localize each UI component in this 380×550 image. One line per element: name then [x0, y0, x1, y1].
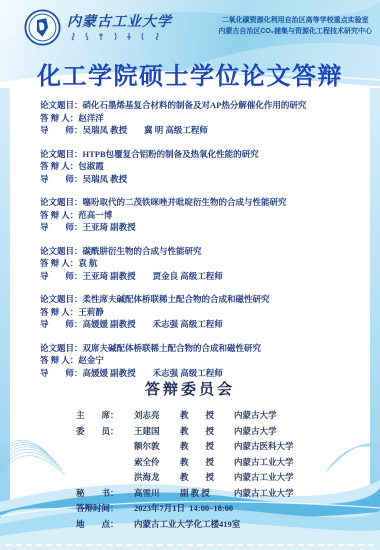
thesis-entry: 论文题目：碳酰肼衍生物的合成与性能研究 答 辩 人：袁 航 导 师：王亚琦 副教…	[40, 245, 368, 283]
lab-line-1: 二氧化碳资源化利用自治区高等学校重点实验室	[218, 15, 372, 26]
member-name: 索全伶	[134, 455, 180, 471]
supervisor-label: 导 师：	[40, 222, 83, 232]
supervisor-label: 导 师：	[40, 368, 83, 378]
committee-rows: 主 席： 刘志亮 教 授 内蒙古大学 委 员： 王建国 教 授 内蒙古大学 额尔…	[0, 408, 380, 532]
thesis-title: 噻吩取代的二茂铁咪唑并吡啶衍生物的合成与性能研究	[83, 197, 287, 207]
thesis-entry: 论文题目：HTPB包覆复合铝粉的制备及热氧化性能的研究 答 辩 人：包淑霞 导 …	[40, 148, 368, 186]
thesis-entry: 论文题目：噻吩取代的二茂铁咪唑并吡啶衍生物的合成与性能研究 答 辩 人：范高一博…	[40, 196, 368, 234]
thesis-entry: 论文题目：硝化石墨烯基复合材料的制备及对AP热分解催化作用的研究 答 辩 人：赵…	[40, 99, 368, 137]
supervisor-label: 导 师：	[40, 271, 83, 281]
defense-place-row: 地 点： 内蒙古工业大学化工楼419室	[76, 517, 380, 533]
candidate-name: 包淑霞	[78, 161, 104, 171]
supervisor-label: 导 师：	[40, 174, 83, 184]
member-name: 高雪川	[134, 486, 180, 502]
candidate-name: 王莉静	[78, 307, 104, 317]
thesis-title-label: 论文题目：	[40, 343, 83, 353]
member-title: 副 教 授	[180, 486, 234, 502]
member-name: 刘志亮	[134, 408, 180, 424]
candidate-name: 赵洋洋	[78, 113, 104, 123]
member-title: 教 授	[180, 439, 234, 455]
member-role: 主 席：	[76, 408, 134, 424]
university-seal-icon	[24, 9, 61, 46]
thesis-title-label: 论文题目：	[40, 246, 83, 256]
candidate-label: 答 辩 人：	[40, 355, 78, 365]
candidate-label: 答 辩 人：	[40, 113, 78, 123]
thesis-list: 论文题目：硝化石墨烯基复合材料的制备及对AP热分解催化作用的研究 答 辩 人：赵…	[40, 99, 368, 390]
supervisor-names: 王亚琦 副教授 贾金良 高级工程师	[83, 271, 223, 281]
candidate-label: 答 辩 人：	[40, 258, 78, 268]
thesis-title-label: 论文题目：	[40, 197, 83, 207]
supervisor-names: 王亚琦 副教授	[83, 222, 136, 232]
committee-row: 洪海龙 教 授 内蒙古工业大学	[76, 470, 380, 486]
candidate-label: 答 辩 人：	[40, 210, 78, 220]
supervisor-names: 高媛媛 副教授 禾志强 高级工程师	[83, 319, 223, 329]
member-role: 秘 书：	[76, 486, 134, 502]
candidate-name: 袁 航	[78, 258, 97, 268]
member-org: 内蒙古工业大学	[234, 486, 380, 502]
thesis-title: HTPB包覆复合铝粉的制备及热氧化性能的研究	[83, 149, 259, 159]
candidate-label: 答 辩 人：	[40, 161, 78, 171]
committee-row: 委 员： 王建国 教 授 内蒙古大学	[76, 424, 380, 440]
thesis-entry: 论文题目：双席夫碱配体桥联稀土配合物的合成和磁性研究 答 辩 人：赵金宁 导 师…	[40, 342, 368, 380]
supervisor-names: 吴瑞凤 教授 冀 明 高级工程师	[83, 125, 208, 135]
committee-row: 主 席： 刘志亮 教 授 内蒙古大学	[76, 408, 380, 424]
committee-heading: 答辩委员会	[0, 378, 380, 399]
candidate-name: 范高一博	[78, 210, 112, 220]
thesis-title: 碳酰肼衍生物的合成与性能研究	[83, 246, 202, 256]
supervisor-label: 导 师：	[40, 125, 83, 135]
university-name-cn: 内蒙古工业大学	[67, 11, 172, 31]
defense-poster: 内蒙古工业大学 INNER MONGOLIA UNIVERSITY OF TEC…	[0, 0, 380, 550]
member-org: 内蒙古医科大学	[234, 439, 380, 455]
committee-row: 秘 书： 高雪川 副 教 授 内蒙古工业大学	[76, 486, 380, 502]
supervisor-names: 吴瑞凤 教授	[83, 174, 128, 184]
thesis-title: 硝化石墨烯基复合材料的制备及对AP热分解催化作用的研究	[83, 100, 307, 110]
committee-row: 额尔敦 教 授 内蒙古医科大学	[76, 439, 380, 455]
member-org: 内蒙古工业大学	[234, 470, 380, 486]
candidate-name: 赵金宁	[78, 355, 104, 365]
thesis-title-label: 论文题目：	[40, 100, 83, 110]
member-title: 教 授	[180, 424, 234, 440]
page-title: 化工学院硕士学位论文答辩	[0, 56, 380, 91]
member-role: 委 员：	[76, 424, 134, 440]
place-value: 内蒙古工业大学化工楼419室	[134, 517, 380, 533]
member-title: 教 授	[180, 408, 234, 424]
lab-names: 二氧化碳资源化利用自治区高等学校重点实验室 内蒙古自治区CO₂捕集与资源化工程技…	[218, 15, 372, 37]
thesis-entry: 论文题目：柔性席夫碱配体桥联稀土配合物的合成和磁性研究 答 辩 人：王莉静 导 …	[40, 293, 368, 331]
member-org: 内蒙古大学	[234, 424, 380, 440]
member-name: 额尔敦	[134, 439, 180, 455]
supervisor-label: 导 师：	[40, 319, 83, 329]
time-value: 2023年7月1日 14:00–18:00	[134, 501, 380, 517]
defense-time-row: 答辩时间： 2023年7月1日 14:00–18:00	[76, 501, 380, 517]
committee-section: 答辩委员会 主 席： 刘志亮 教 授 内蒙古大学 委 员： 王建国 教 授 内蒙…	[0, 378, 380, 532]
member-role	[76, 439, 134, 455]
mongolian-script-icon	[67, 32, 163, 41]
thesis-title: 柔性席夫碱配体桥联稀土配合物的合成和磁性研究	[83, 294, 270, 304]
member-title: 教 授	[180, 455, 234, 471]
time-label: 答辩时间：	[76, 501, 134, 517]
thesis-title-label: 论文题目：	[40, 294, 83, 304]
member-role	[76, 470, 134, 486]
committee-row: 索全伶 教 授 内蒙古工业大学	[76, 455, 380, 471]
university-logo: 内蒙古工业大学	[24, 9, 172, 46]
member-name: 洪海龙	[134, 470, 180, 486]
member-name: 王建国	[134, 424, 180, 440]
member-org: 内蒙古工业大学	[234, 455, 380, 471]
member-org: 内蒙古大学	[234, 408, 380, 424]
thesis-title-label: 论文题目：	[40, 149, 83, 159]
place-label: 地 点：	[76, 517, 134, 533]
lab-line-2: 内蒙古自治区CO₂捕集与资源化工程技术研究中心	[218, 26, 372, 37]
bottom-dashed-divider	[6, 544, 374, 546]
member-title: 教 授	[180, 470, 234, 486]
member-role	[76, 455, 134, 471]
thesis-title: 双席夫碱配体桥联稀土配合物的合成和磁性研究	[83, 343, 262, 353]
supervisor-names: 高媛媛 副教授 禾志强 高级工程师	[83, 368, 223, 378]
candidate-label: 答 辩 人：	[40, 307, 78, 317]
